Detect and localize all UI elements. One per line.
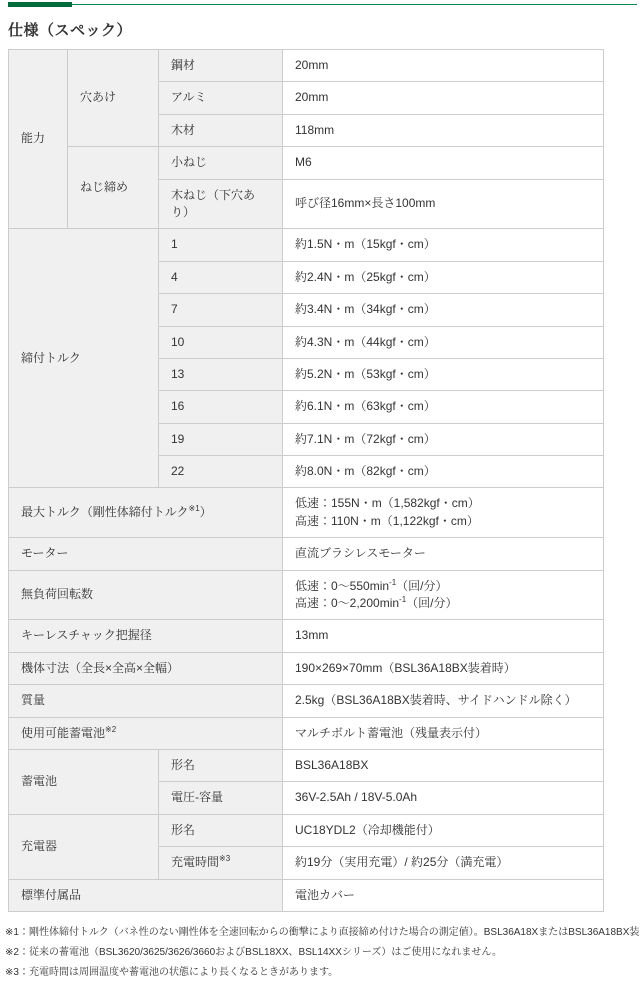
- footnote-line: ※1：剛性体締付トルク（バネ性のない剛性体を全速回転からの衝撃により直接締め付け…: [5, 924, 640, 941]
- spec-value-cell: BSL36A18BX: [283, 749, 604, 781]
- spec-label-cell: モーター: [9, 538, 283, 570]
- spec-table: 能力穴あけ鋼材20mmアルミ20mm木材118mmねじ締め小ねじM6木ねじ（下穴…: [8, 49, 604, 912]
- spec-value-cell: 約1.5N・m（15kgf・cm）: [283, 229, 604, 261]
- footnote-marker: -1: [399, 595, 406, 604]
- spec-label-cell: アルミ: [159, 82, 283, 114]
- spec-row: 蓄電池形名BSL36A18BX: [9, 749, 604, 781]
- spec-label-cell: 形名: [159, 814, 283, 846]
- spec-label-cell: 能力: [9, 50, 68, 229]
- spec-value-cell: 118mm: [283, 114, 604, 146]
- page-title: 仕様（スペック）: [8, 19, 640, 40]
- spec-label-cell: 木材: [159, 114, 283, 146]
- spec-value-cell: 直流ブラシレスモーター: [283, 538, 604, 570]
- spec-row: モーター直流ブラシレスモーター: [9, 538, 604, 570]
- spec-label-cell: 穴あけ: [68, 50, 159, 147]
- spec-value-cell: 20mm: [283, 50, 604, 82]
- spec-label-cell: 最大トルク（剛性体締付トルク※1）: [9, 488, 283, 538]
- spec-row: 締付トルク1約1.5N・m（15kgf・cm）: [9, 229, 604, 261]
- footnotes: ※1：剛性体締付トルク（バネ性のない剛性体を全速回転からの衝撃により直接締め付け…: [5, 924, 640, 981]
- spec-label-cell: 木ねじ（下穴あり）: [159, 179, 283, 229]
- top-divider-line: [8, 4, 637, 5]
- footnote-line: ※3：充電時間は周囲温度や蓄電池の状態により長くなるときがあります。: [5, 964, 640, 981]
- footnote-marker: ※1: [189, 504, 200, 513]
- spec-row: 能力穴あけ鋼材20mm: [9, 50, 604, 82]
- spec-label-cell: 1: [159, 229, 283, 261]
- spec-value-cell: 約8.0N・m（82kgf・cm）: [283, 456, 604, 488]
- spec-value-cell: 呼び径16mm×長さ100mm: [283, 179, 604, 229]
- spec-label-cell: 使用可能蓄電池※2: [9, 717, 283, 749]
- spec-row: ねじ締め小ねじM6: [9, 147, 604, 179]
- spec-label-cell: 質量: [9, 685, 283, 717]
- spec-value-cell: 約4.3N・m（44kgf・cm）: [283, 326, 604, 358]
- spec-value-cell: 約19分（実用充電）/ 約25分（満充電）: [283, 847, 604, 879]
- spec-row: 無負荷回転数低速：0～550min-1（回/分）高速：0～2,200min-1（…: [9, 570, 604, 620]
- spec-value-cell: 低速：0～550min-1（回/分）高速：0～2,200min-1（回/分）: [283, 570, 604, 620]
- spec-value-cell: マルチボルト蓄電池（残量表示付）: [283, 717, 604, 749]
- spec-label-cell: 7: [159, 294, 283, 326]
- spec-value-cell: 約6.1N・m（63kgf・cm）: [283, 391, 604, 423]
- spec-value-cell: 約7.1N・m（72kgf・cm）: [283, 423, 604, 455]
- spec-value-cell: 約5.2N・m（53kgf・cm）: [283, 358, 604, 390]
- spec-table-body: 能力穴あけ鋼材20mmアルミ20mm木材118mmねじ締め小ねじM6木ねじ（下穴…: [9, 50, 604, 912]
- footnote-marker: ※2: [105, 725, 116, 734]
- spec-label-cell: キーレスチャック把握径: [9, 620, 283, 652]
- spec-label-cell: 無負荷回転数: [9, 570, 283, 620]
- spec-row: 標準付属品電池カバー: [9, 879, 604, 911]
- spec-label-cell: 蓄電池: [9, 749, 159, 814]
- spec-label-cell: 4: [159, 261, 283, 293]
- spec-label-cell: 標準付属品: [9, 879, 283, 911]
- spec-value-cell: 36V-2.5Ah / 18V-5.0Ah: [283, 782, 604, 814]
- spec-value-cell: 20mm: [283, 82, 604, 114]
- spec-label-cell: 13: [159, 358, 283, 390]
- spec-label-cell: 機体寸法（全長×全高×全幅）: [9, 652, 283, 684]
- spec-label-cell: 充電時間※3: [159, 847, 283, 879]
- spec-label-cell: 締付トルク: [9, 229, 159, 488]
- spec-row: 充電器形名UC18YDL2（冷却機能付）: [9, 814, 604, 846]
- spec-value-cell: UC18YDL2（冷却機能付）: [283, 814, 604, 846]
- spec-label-cell: ねじ締め: [68, 147, 159, 229]
- spec-row: 機体寸法（全長×全高×全幅）190×269×70mm（BSL36A18BX装着時…: [9, 652, 604, 684]
- spec-label-cell: 16: [159, 391, 283, 423]
- spec-row: 使用可能蓄電池※2マルチボルト蓄電池（残量表示付）: [9, 717, 604, 749]
- spec-label-cell: 10: [159, 326, 283, 358]
- spec-value-cell: 低速：155N・m（1,582kgf・cm）高速：110N・m（1,122kgf…: [283, 488, 604, 538]
- spec-label-cell: 充電器: [9, 814, 159, 879]
- footnote-marker: -1: [389, 578, 396, 587]
- spec-value-cell: 電池カバー: [283, 879, 604, 911]
- spec-value-cell: 2.5kg（BSL36A18BX装着時、サイドハンドル除く）: [283, 685, 604, 717]
- spec-value-cell: M6: [283, 147, 604, 179]
- spec-label-cell: 22: [159, 456, 283, 488]
- spec-value-cell: 約2.4N・m（25kgf・cm）: [283, 261, 604, 293]
- spec-label-cell: 形名: [159, 749, 283, 781]
- spec-label-cell: 鋼材: [159, 50, 283, 82]
- spec-value-cell: 13mm: [283, 620, 604, 652]
- spec-value-cell: 約3.4N・m（34kgf・cm）: [283, 294, 604, 326]
- footnote-line: ※2：従来の蓄電池（BSL3620/3625/3626/3660およびBSL18…: [5, 944, 640, 961]
- spec-row: 質量2.5kg（BSL36A18BX装着時、サイドハンドル除く）: [9, 685, 604, 717]
- spec-label-cell: 小ねじ: [159, 147, 283, 179]
- spec-label-cell: 電圧-容量: [159, 782, 283, 814]
- spec-label-cell: 19: [159, 423, 283, 455]
- spec-value-cell: 190×269×70mm（BSL36A18BX装着時）: [283, 652, 604, 684]
- top-divider: [0, 0, 640, 8]
- footnote-marker: ※3: [219, 854, 230, 863]
- spec-row: キーレスチャック把握径13mm: [9, 620, 604, 652]
- top-divider-accent: [8, 2, 72, 7]
- spec-row: 最大トルク（剛性体締付トルク※1）低速：155N・m（1,582kgf・cm）高…: [9, 488, 604, 538]
